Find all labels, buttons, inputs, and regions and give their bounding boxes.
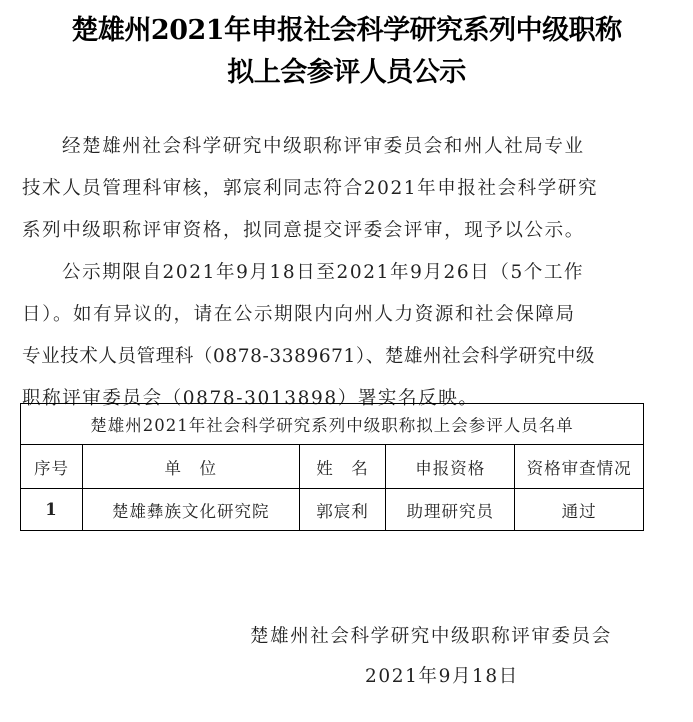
header-name: 姓 名	[299, 445, 386, 489]
paragraph-publicity-period: 公示期限自2021年9月18日至2021年9月26日（5个工作 日）。如有异议的…	[22, 252, 642, 420]
paragraph-line: 系列中级职称评审资格，拟同意提交评委会评审，现予以公示。	[22, 210, 642, 252]
header-unit: 单 位	[82, 445, 299, 489]
header-review-status: 资格审查情况	[515, 445, 644, 489]
cell-qualification: 助理研究员	[386, 489, 515, 531]
signature-date: 2021年9月18日	[365, 662, 519, 688]
cell-name: 郭宸利	[299, 489, 386, 531]
table-header-row: 序号 单 位 姓 名 申报资格 资格审查情况	[21, 445, 644, 489]
header-index: 序号	[21, 445, 83, 489]
document-title-line-2: 拟上会参评人员公示	[0, 50, 693, 89]
header-qualification: 申报资格	[386, 445, 515, 489]
cell-index: 1	[21, 489, 83, 531]
cell-unit: 楚雄彝族文化研究院	[82, 489, 299, 531]
candidate-table: 楚雄州2021年社会科学研究系列中级职称拟上会参评人员名单 序号 单 位 姓 名…	[20, 403, 644, 531]
paragraph-line: 日）。如有异议的，请在公示期限内向州人力资源和社会保障局	[22, 294, 642, 336]
paragraph-review-statement: 经楚雄州社会科学研究中级职称评审委员会和州人社局专业 技术人员管理科审核，郭宸利…	[22, 126, 642, 252]
table-caption: 楚雄州2021年社会科学研究系列中级职称拟上会参评人员名单	[21, 404, 644, 445]
document-title-line-1: 楚雄州2021年申报社会科学研究系列中级职称	[0, 8, 693, 47]
paragraph-line: 技术人员管理科审核，郭宸利同志符合2021年申报社会科学研究	[22, 168, 642, 210]
paragraph-line: 经楚雄州社会科学研究中级职称评审委员会和州人社局专业	[22, 126, 642, 168]
paragraph-line: 公示期限自2021年9月18日至2021年9月26日（5个工作	[22, 252, 642, 294]
signature-organization: 楚雄州社会科学研究中级职称评审委员会	[250, 622, 612, 648]
paragraph-line: 专业技术人员管理科（0878-3389671）、楚雄州社会科学研究中级	[22, 336, 642, 378]
cell-review-status: 通过	[515, 489, 644, 531]
table-row: 1 楚雄彝族文化研究院 郭宸利 助理研究员 通过	[21, 489, 644, 531]
